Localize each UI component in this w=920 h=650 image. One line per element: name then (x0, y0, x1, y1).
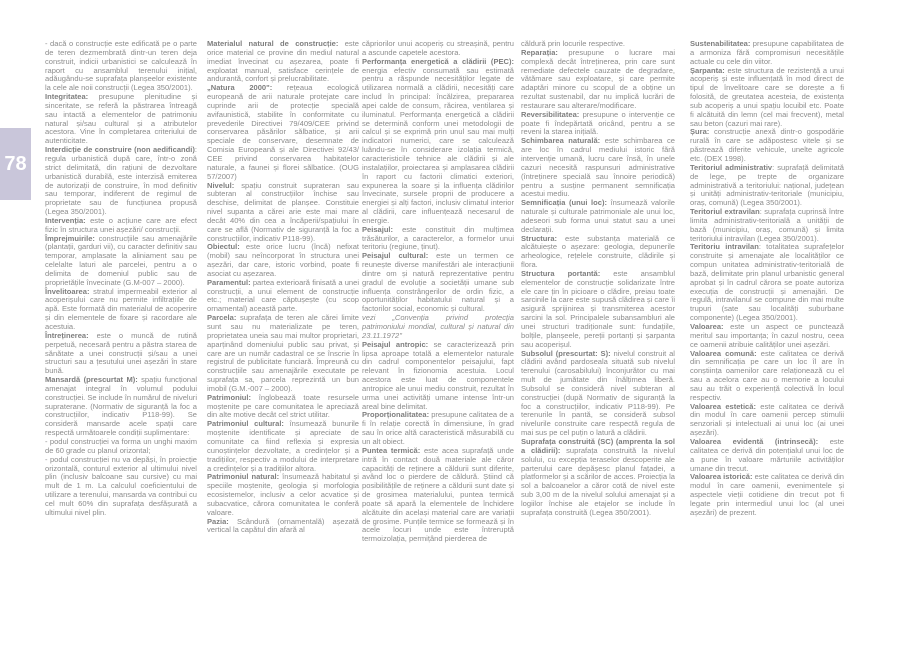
glossary-entry: - dacă o construcție este edificată pe o… (45, 40, 197, 93)
glossary-entry: Suprafața construită (SC) (amprenta la s… (521, 438, 675, 518)
glossary-entry: Teritoriu intravilan: totalitatea supraf… (690, 243, 844, 323)
glossary-definition: construcție anexă dintr-o gospodărie rur… (690, 127, 844, 163)
glossary-entry: Subsolul (prescurtat: S): nivelul constr… (521, 350, 675, 438)
glossary-term: Valoarea istorică: (690, 472, 753, 481)
glossary-term: Șarpanta: (690, 66, 725, 75)
glossary-entry: Patrimoniul: înglobează toate resursele … (207, 394, 359, 421)
glossary-definition: nivelul construit al clădirii având pard… (521, 349, 675, 438)
glossary-term: Teritoriul administrativ (690, 163, 772, 172)
glossary-definition: este calitatea ce derivă din semnificați… (690, 349, 844, 402)
page-number-tab: 78 (0, 128, 31, 200)
glossary-definition: rețeaua ecologică europeană de arii natu… (207, 83, 359, 180)
glossary-entry: Șura: construcție anexă dintr-o gospodăr… (690, 128, 844, 163)
glossary-term: Parcela: (207, 313, 236, 322)
glossary-term: Semnificația (unui loc): (521, 198, 607, 207)
glossary-term: Puntea termică: (362, 446, 420, 455)
glossary-definition: suprafața construită la nivelul solului,… (521, 446, 675, 517)
glossary-term: Peisajul cultural: (362, 251, 428, 260)
glossary-term: Subsolul (prescurtat: S): (521, 349, 611, 358)
glossary-term: Performanța energetică a clădirii (PEC): (362, 57, 514, 66)
glossary-entry: Valoarea: este un aspect ce punctează me… (690, 323, 844, 350)
glossary-term: Reversibilitatea: (521, 110, 579, 119)
glossary-definition: : regula urbanistică după care, într-o z… (45, 145, 197, 216)
glossary-entry: Reparația: presupune o lucrare mai compl… (521, 49, 675, 111)
glossary-term: Mansardă (prescurtat M): (45, 375, 138, 384)
glossary-entry: Peisajul: este constituit din mulțimea t… (362, 226, 514, 253)
glossary-definition: - podul construcției nu va depăși, în pr… (45, 455, 197, 517)
glossary-entry: Învelitoarea: stratul impermeabil exteri… (45, 288, 197, 332)
glossary-term: Teritoriu intravilan (690, 242, 759, 251)
glossary-entry: Împrejmuirile: construcțiile sau amenajă… (45, 235, 197, 288)
glossary-entry: Peisajul antropic: se caracterizează pri… (362, 341, 514, 412)
glossary-term: Peisajul: (362, 225, 393, 234)
glossary-column-1: - dacă o construcție este edificată pe o… (45, 40, 197, 518)
glossary-definition: căpriorilor unui acoperiș cu streașină, … (362, 39, 514, 57)
glossary-entry: Materialul natural de construcție: este … (207, 40, 359, 84)
glossary-entry: Intervenția: este o acțiune care are efe… (45, 217, 197, 235)
glossary-term: Valoarea comună: (690, 349, 757, 358)
glossary-entry: Proporționalitatea: presupune calitatea … (362, 411, 514, 446)
glossary-entry: Valoarea evidentă (intrinsecă): este cal… (690, 438, 844, 473)
glossary-entry: Patrimoniul cultural: însumează bunurile… (207, 420, 359, 473)
glossary-entry: Întreținerea: este o muncă de rutină per… (45, 332, 197, 376)
glossary-term: Structura portantă: (521, 269, 600, 278)
glossary-entry: Valoarea istorică: este calitatea ce der… (690, 473, 844, 517)
glossary-term: Valoarea estetică: (690, 402, 756, 411)
glossary-definition: este ansamblul elementelor de construcți… (521, 269, 675, 349)
glossary-definition: presupune o lucrare mai complexă decât î… (521, 48, 675, 110)
glossary-term: Intervenția: (45, 216, 86, 225)
glossary-entry: Sustenabilitatea: presupune capabilitate… (690, 40, 844, 67)
glossary-entry: Peisajul cultural: este un termen ce reu… (362, 252, 514, 314)
glossary-definition: spațiu construit suprateran sau subteran… (207, 181, 359, 243)
glossary-entry: Teritoriul extravilan: suprafața cuprins… (690, 208, 844, 243)
glossary-definition: este un termen ce reunește diverse manif… (362, 251, 514, 313)
glossary-entry: Obiectul: este orice lucru (încă) nefixa… (207, 243, 359, 278)
glossary-entry: - podul construcției va forma un unghi m… (45, 438, 197, 456)
glossary-term: Structura: (521, 234, 557, 243)
glossary-definition: este schimbarea ce are loc în cadrul med… (521, 136, 675, 198)
glossary-entry: Paramentul: partea exterioară finisată a… (207, 279, 359, 314)
glossary-entry: Structura: este substanța materială ce a… (521, 235, 675, 270)
glossary-term: Nivelul: (207, 181, 234, 190)
glossary-definition: suprafața de teren ale cărei limite sunt… (207, 313, 359, 393)
glossary-definition: este structura de rezistență a unui acop… (690, 66, 844, 128)
glossary-definition: este acea suprafață unde intră în contac… (362, 446, 514, 543)
glossary-entry: Structura portantă: este ansamblul eleme… (521, 270, 675, 350)
glossary-entry: Valoarea comună: este calitatea ce deriv… (690, 350, 844, 403)
glossary-entry: Semnificația (unui loc): însumează valor… (521, 199, 675, 234)
glossary-entry: Șarpanta: este structura de rezistență a… (690, 67, 844, 129)
glossary-definition: Scândură (ornamentală) așezată vertical … (207, 517, 359, 535)
glossary-definition: : totalitatea suprafețelor construite și… (690, 242, 844, 322)
glossary-term: Patrimoniul cultural: (207, 419, 284, 428)
glossary-definition: - podul construcției va forma un unghi m… (45, 437, 197, 455)
glossary-entry: Pazia: Scândură (ornamentală) așezată ve… (207, 518, 359, 536)
glossary-term: Teritoriul extravilan (690, 207, 760, 216)
glossary-term: Patrimoniul natural: (207, 472, 279, 481)
glossary-term: Proporționalitatea: (362, 410, 429, 419)
glossary-term: Pazia: (207, 517, 229, 526)
glossary-term: Materialul natural de construcție: (207, 39, 338, 48)
glossary-term: Schimbarea naturală: (521, 136, 600, 145)
glossary-column-4: căldură prin locurile respective. Repara… (521, 40, 675, 518)
glossary-entry: Schimbarea naturală: este schimbarea ce … (521, 137, 675, 199)
glossary-term: Șura: (690, 127, 709, 136)
glossary-column-3: căpriorilor unui acoperiș cu streașină, … (362, 40, 514, 544)
glossary-term: Sustenabilitatea: (690, 39, 750, 48)
glossary-definition: căldură prin locurile respective. (521, 39, 625, 48)
glossary-term: Patrimoniul: (207, 393, 251, 402)
page-number: 78 (4, 153, 26, 176)
glossary-term: Împrejmuirile: (45, 234, 95, 243)
glossary-term: Învelitoarea: (45, 287, 89, 296)
glossary-entry: Reversibilitatea: presupune o intervenți… (521, 111, 675, 138)
glossary-column-2: Materialul natural de construcție: este … (207, 40, 359, 535)
glossary-term: Întreținerea: (45, 331, 89, 340)
glossary-entry: Puntea termică: este acea suprafață unde… (362, 447, 514, 544)
glossary-term: „Natura 2000": (207, 83, 272, 92)
glossary-column-5: Sustenabilitatea: presupune capabilitate… (690, 40, 844, 518)
glossary-entry: Valoarea estetică: este calitatea ce der… (690, 403, 844, 438)
glossary-definition: presupune plenitudine și sinceritate, se… (45, 92, 197, 145)
glossary-entry: - podul construcției nu va depăși, în pr… (45, 456, 197, 518)
glossary-term: Paramentul: (207, 278, 251, 287)
glossary-entry: Parcela: suprafața de teren ale cărei li… (207, 314, 359, 394)
glossary-definition: însumează bunurile moștenite identificat… (207, 419, 359, 472)
glossary-entry: vezi „Convenția privind protecția patrim… (362, 314, 514, 341)
glossary-term: Obiectul: (207, 242, 240, 251)
glossary-definition: se caracterizează prin lipsa aproape tot… (362, 340, 514, 411)
glossary-entry: Mansardă (prescurtat M): spațiu funcțion… (45, 376, 197, 438)
glossary-term: Valoarea: (690, 322, 724, 331)
glossary-reference: vezi „Convenția privind protecția patrim… (362, 313, 514, 340)
glossary-entry: căpriorilor unui acoperiș cu streașină, … (362, 40, 514, 58)
glossary-entry: Nivelul: spațiu construit suprateran sau… (207, 182, 359, 244)
glossary-definition: construcțiile sau amenajările (plantații… (45, 234, 197, 287)
glossary-definition: energia efectiv consumată sau estimată p… (362, 66, 514, 225)
glossary-term: Reparația: (521, 48, 558, 57)
glossary-term: Valoarea evidentă (intrinsecă): (690, 437, 818, 446)
glossary-entry: Patrimoniul natural: însumează habitatul… (207, 473, 359, 517)
glossary-definition: spațiu funcțional amenajat integral în v… (45, 375, 197, 437)
glossary-entry: Integritatea: presupune plenitudine și s… (45, 93, 197, 146)
glossary-entry: „Natura 2000": rețeaua ecologică europea… (207, 84, 359, 181)
glossary-entry: Interdicție de construire (non aedifican… (45, 146, 197, 217)
glossary-term: Peisajul antropic: (362, 340, 428, 349)
glossary-entry: Teritoriul administrativ: suprafață deli… (690, 164, 844, 208)
glossary-term: Interdicție de construire (non aedifican… (45, 145, 195, 154)
glossary-definition: - dacă o construcție este edificată pe o… (45, 39, 197, 92)
glossary-entry: Performanța energetică a clădirii (PEC):… (362, 58, 514, 226)
glossary-term: Integritatea: (45, 92, 88, 101)
